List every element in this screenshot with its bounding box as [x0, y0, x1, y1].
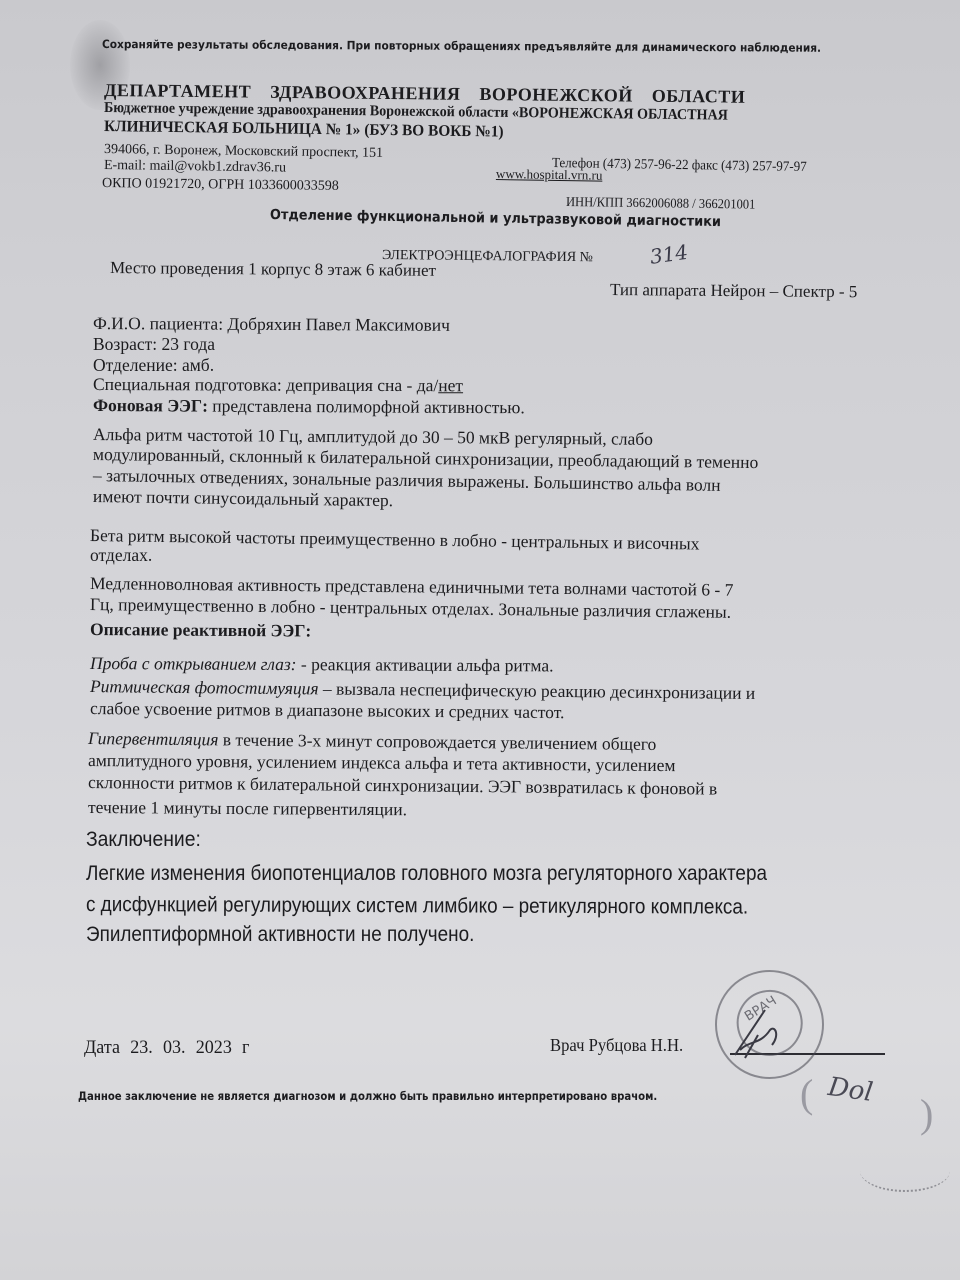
retain-results-notice: Сохраняйте результаты обследования. При … — [102, 37, 821, 55]
okpo-ogrn: ОКПО 01921720, ОГРН 1033600033598 — [102, 176, 339, 195]
institution-line-2: КЛИНИЧЕСКАЯ БОЛЬНИЦА № 1» (БУЗ ВО ВОКБ №… — [104, 118, 504, 142]
background-eeg-heading: Фоновая ЭЭГ: — [93, 395, 208, 416]
inn-kpp: ИНН/КПП 3662006088 / 366201001 — [566, 194, 756, 213]
eye-opening-result: - реакция активации альфа ритма. — [296, 654, 553, 675]
photostimulation-continued: слабое усвоение ритмов в диапазоне высок… — [90, 698, 565, 723]
document-page: Сохраняйте результаты обследования. При … — [0, 0, 960, 1280]
special-preparation-selected: нет — [438, 375, 463, 395]
background-eeg-summary: представлена полиморфной активностью. — [208, 396, 525, 418]
special-preparation: Специальная подготовка: депривация сна -… — [93, 374, 463, 396]
photostimulation-result: – вызвала неспецифическую реакцию десинх… — [318, 678, 755, 703]
exam-date: Дата 23. 03. 2023 г — [84, 1037, 249, 1059]
handwritten-paren: ( — [800, 1070, 813, 1117]
hyperventilation-line: склонности ритмов к билатеральной синхро… — [88, 772, 717, 800]
hospital-email: E-mail: mail@vokb1.zdrav36.ru — [104, 158, 286, 177]
reactive-eeg-heading: Описание реактивной ЭЭГ: — [90, 619, 311, 642]
beta-line: Бета ритм высокой частоты преимущественн… — [90, 525, 700, 555]
conclusion-line: Легкие изменения биопотенциалов головног… — [86, 862, 767, 886]
beta-line: отделах. — [90, 545, 152, 566]
paper-mark — [860, 1150, 950, 1192]
background-eeg: Фоновая ЭЭГ: представлена полиморфной ак… — [93, 395, 525, 418]
special-preparation-label: Специальная подготовка: депривация сна -… — [93, 374, 438, 395]
conclusion-line: с дисфункцией регулирующих систем лимбик… — [86, 893, 748, 920]
device-type: Тип аппарата Нейрон – Спектр - 5 — [610, 280, 858, 302]
handwritten-paren: ) — [920, 1090, 933, 1137]
eye-opening-label: Проба с открыванием глаз: — [90, 653, 297, 674]
doctor-name: Врач Рубцова Н.Н. — [550, 1035, 683, 1056]
patient-age: Возраст: 23 года — [93, 334, 215, 355]
exam-place: Место проведения 1 корпус 8 этаж 6 кабин… — [110, 258, 436, 281]
patient-department: Отделение: амб. — [93, 355, 214, 376]
eeg-number-handwritten: 314 — [648, 240, 689, 269]
signature-scribble — [730, 1000, 790, 1060]
patient-name: Ф.И.О. пациента: Добряхин Павел Максимов… — [93, 313, 450, 336]
hyperventilation-result: в течение 3-х минут сопровождается увели… — [218, 729, 656, 754]
eye-opening-test: Проба с открыванием глаз: - реакция акти… — [90, 653, 554, 676]
photostimulation-label: Ритмическая фотостимуяция — [90, 676, 319, 698]
hospital-website: www.hospital.vrn.ru — [496, 166, 603, 184]
hyperventilation-line: течение 1 минуты после гипервентиляции. — [88, 797, 407, 820]
handwritten-note: Dol — [826, 1072, 875, 1108]
hyperventilation-label: Гипервентиляция — [88, 728, 219, 749]
disclaimer: Данное заключение не является диагнозом … — [78, 1089, 657, 1103]
conclusion-line: Эпилептиформной активности не получено. — [86, 923, 474, 947]
alpha-line: имеют почти синусоидальный характер. — [93, 486, 393, 511]
conclusion-heading: Заключение: — [86, 828, 201, 852]
